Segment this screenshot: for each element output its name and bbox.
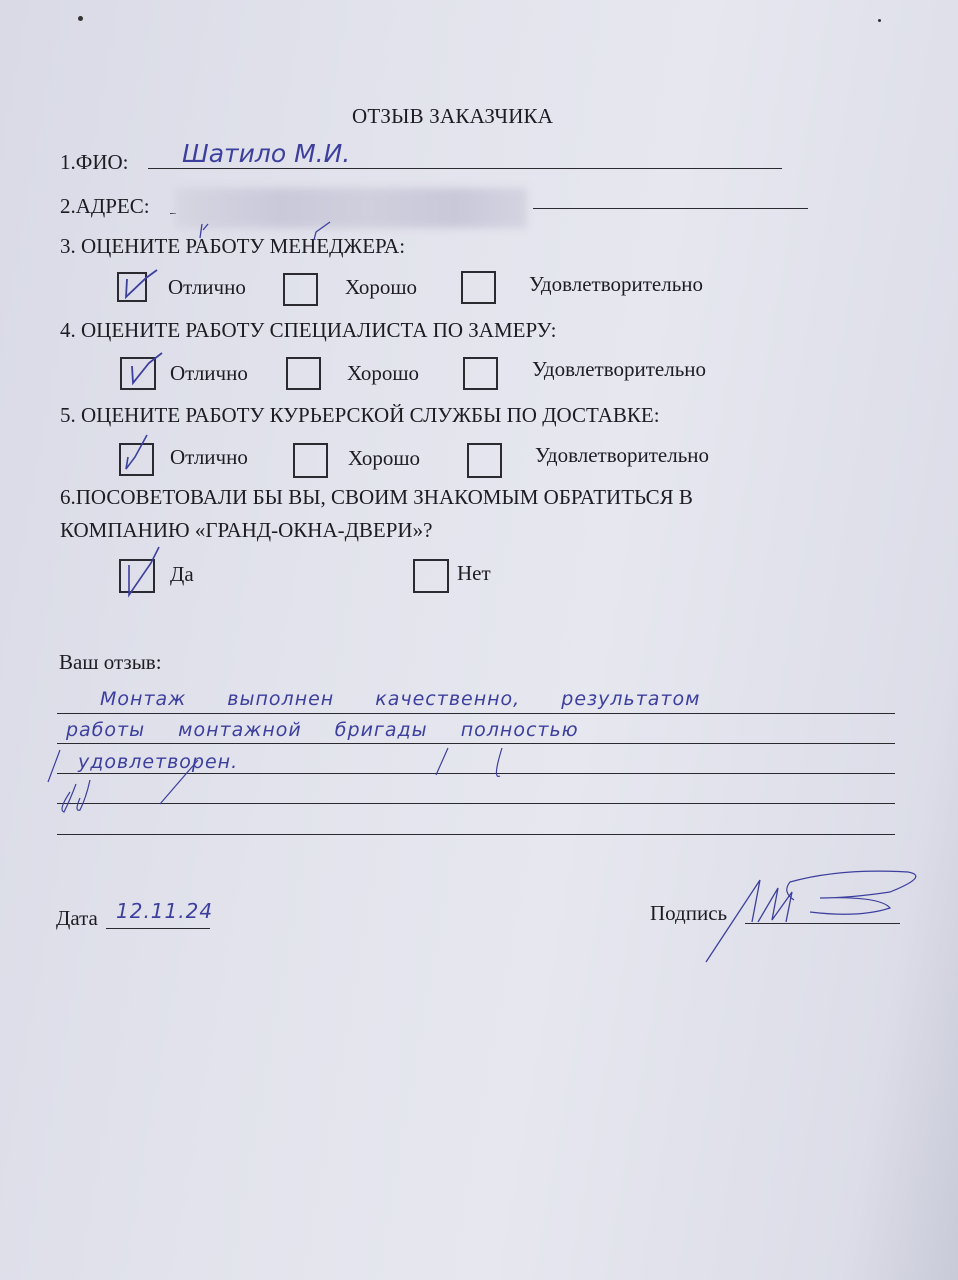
option-label: Нет <box>457 561 491 586</box>
option-label: Удовлетворительно <box>532 357 706 382</box>
checkbox-manager-good[interactable] <box>283 273 318 306</box>
check-mark-icon <box>116 341 156 391</box>
check-mark-icon <box>115 427 155 477</box>
question-recommend-line2: КОМПАНИЮ «ГРАНД-ОКНА-ДВЕРИ»? <box>60 518 432 543</box>
question-measurer: 4. ОЦЕНИТЕ РАБОТУ СПЕЦИАЛИСТА ПО ЗАМЕРУ: <box>60 318 557 343</box>
date-underline <box>106 928 210 929</box>
review-text-line2[interactable]: работы монтажной бригады полностью <box>66 719 579 741</box>
option-label: Хорошо <box>348 446 420 471</box>
handwriting-descender-strokes <box>40 740 540 820</box>
paper-speck <box>878 19 881 22</box>
review-line <box>57 834 895 835</box>
checkbox-courier-good[interactable] <box>293 443 328 478</box>
question-recommend-line1: 6.ПОСОВЕТОВАЛИ БЫ ВЫ, СВОИМ ЗНАКОМЫМ ОБР… <box>60 485 693 510</box>
stray-tick-marks <box>170 220 370 250</box>
address-label: 2.АДРЕС: <box>60 194 150 219</box>
review-label: Ваш отзыв: <box>59 650 162 675</box>
fio-value[interactable]: Шатило М.И. <box>182 139 350 168</box>
option-label: Да <box>170 562 194 587</box>
checkbox-recommend-yes[interactable] <box>119 559 155 593</box>
option-label: Хорошо <box>347 361 419 386</box>
checkbox-manager-excellent[interactable] <box>117 272 147 302</box>
check-mark-icon <box>115 543 155 603</box>
checkbox-courier-satisfactory[interactable] <box>467 443 502 478</box>
date-label: Дата <box>56 906 98 931</box>
checkbox-measurer-satisfactory[interactable] <box>463 357 498 390</box>
checkbox-recommend-no[interactable] <box>413 559 449 593</box>
signature-scribble[interactable] <box>700 862 940 972</box>
checkbox-manager-satisfactory[interactable] <box>461 271 496 304</box>
date-value[interactable]: 12.11.24 <box>116 899 213 923</box>
check-mark-icon <box>113 256 153 306</box>
fio-underline <box>148 168 782 169</box>
option-label: Отлично <box>170 361 248 386</box>
option-label: Удовлетворительно <box>535 443 709 468</box>
review-line <box>57 713 895 714</box>
checkbox-measurer-good[interactable] <box>286 357 321 390</box>
option-label: Удовлетворительно <box>529 272 703 297</box>
checkbox-measurer-excellent[interactable] <box>120 357 156 390</box>
question-courier: 5. ОЦЕНИТЕ РАБОТУ КУРЬЕРСКОЙ СЛУЖБЫ ПО Д… <box>60 403 660 428</box>
form-title: ОТЗЫВ ЗАКАЗЧИКА <box>352 104 553 129</box>
address-underline <box>533 208 808 209</box>
option-label: Отлично <box>170 445 248 470</box>
option-label: Хорошо <box>345 275 417 300</box>
fio-label: 1.ФИО: <box>60 150 129 175</box>
checkbox-courier-excellent[interactable] <box>119 443 154 476</box>
review-text-line1[interactable]: Монтаж выполнен качественно, результатом <box>100 688 700 710</box>
paper-speck <box>78 16 83 21</box>
feedback-form: ОТЗЫВ ЗАКАЗЧИКА 1.ФИО: Шатило М.И. 2.АДР… <box>0 0 958 1280</box>
option-label: Отлично <box>168 275 246 300</box>
